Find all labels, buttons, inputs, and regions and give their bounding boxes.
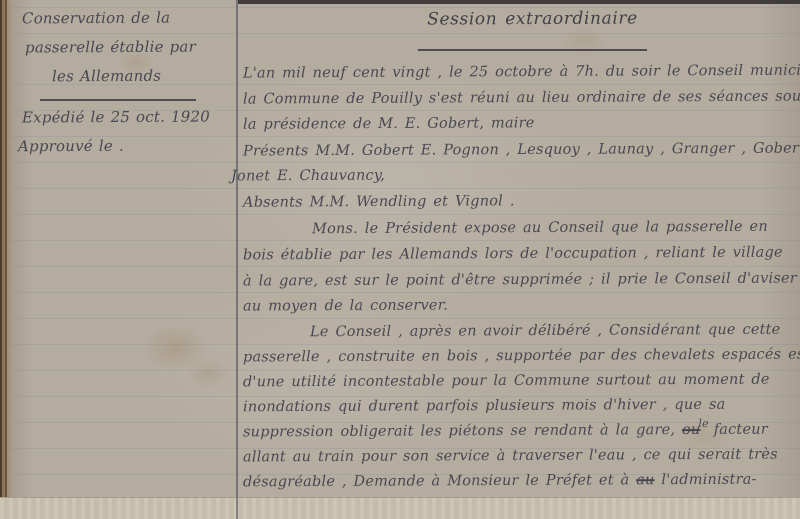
inserted-word: le — [698, 414, 709, 434]
line-text: suppression obligerait les piétons se re… — [243, 422, 682, 440]
session-title: Session extraordinaire — [415, 8, 650, 29]
body-line: Présents M.M. Gobert E. Pognon , Lesquoy… — [243, 139, 800, 162]
struck-word: au — [636, 472, 654, 488]
body-line: à la gare, est sur le point d'être suppr… — [243, 269, 797, 292]
binding-edge — [0, 0, 11, 519]
body-line: au moyen de la conserver. — [243, 295, 448, 316]
body-line: passerelle , construite en bois , suppor… — [243, 345, 800, 368]
margin-underline — [40, 99, 196, 101]
body-line-with-correction: désagréable , Demande à Monsieur le Préf… — [243, 470, 757, 493]
body-line-with-correction: suppression obligerait les piétons se re… — [243, 420, 768, 444]
register-page: Conservation de la passerelle établie pa… — [0, 0, 800, 519]
body-line: d'une utilité incontestable pour la Comm… — [243, 370, 770, 393]
page-bottom-edge — [0, 497, 800, 519]
margin-vertical-rule — [236, 0, 238, 519]
body-line: Absents M.M. Wendling et Vignol . — [243, 191, 515, 212]
margin-title-line: Conservation de la — [22, 8, 170, 29]
top-border-rule — [238, 0, 800, 4]
margin-title-line: passerelle établie par — [25, 37, 196, 58]
margin-title-line: les Allemands — [52, 66, 161, 87]
margin-sent-date: Expédié le 25 oct. 1920 — [22, 107, 210, 128]
body-line: allant au train pour son service à trave… — [243, 445, 778, 468]
title-underline — [418, 49, 647, 51]
body-line: L'an mil neuf cent vingt , le 25 octobre… — [243, 60, 800, 83]
body-line: Le Conseil , après en avoir délibéré , C… — [310, 320, 781, 342]
body-line: la présidence de M. E. Gobert, maire — [243, 113, 535, 135]
line-text: l'administra- — [655, 472, 757, 489]
body-line: Jonet E. Chauvancy, — [231, 166, 385, 187]
body-line: inondations qui durent parfois plusieurs… — [243, 395, 726, 418]
margin-approved-date: Approuvé le . — [18, 136, 124, 157]
line-text: facteur — [707, 422, 768, 438]
body-line: bois établie par les Allemands lors de l… — [243, 243, 783, 266]
body-line: la Commune de Pouilly s'est réuni au lie… — [243, 87, 800, 110]
line-text: désagréable , Demande à Monsieur le Préf… — [243, 472, 636, 490]
body-line: Mons. le Président expose au Conseil que… — [312, 217, 768, 239]
